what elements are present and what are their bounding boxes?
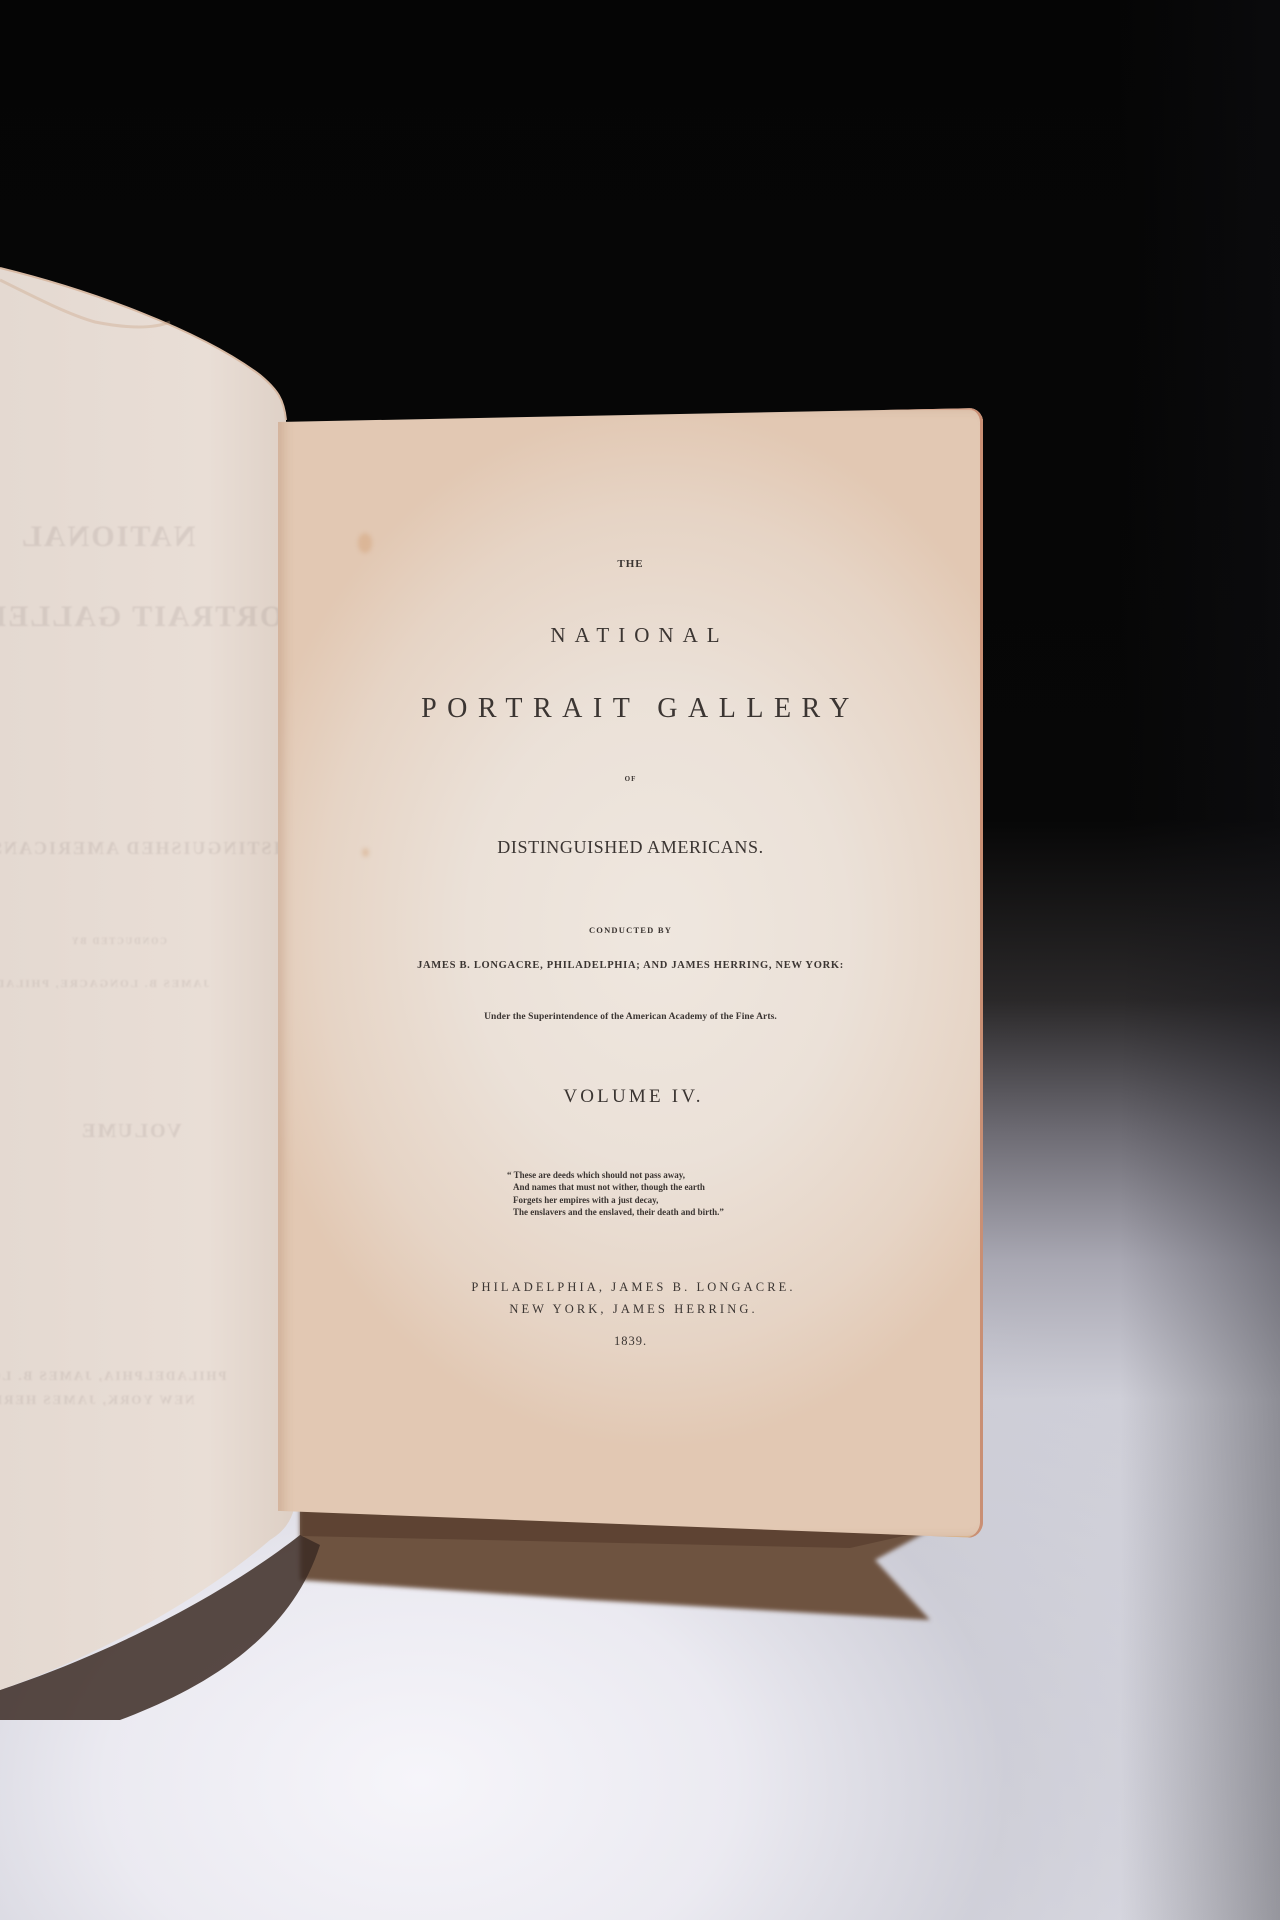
epigraph: “ These are deeds which should not pass … (507, 1169, 767, 1218)
conducted-by-label: CONDUCTED BY (278, 925, 983, 935)
epigraph-line: The enslavers and the enslaved, their de… (507, 1206, 767, 1218)
epigraph-line: Forgets her empires with a just decay, (507, 1194, 767, 1206)
imprint-year: 1839. (278, 1334, 983, 1349)
title-page: THE NATIONAL PORTRAIT GALLERY OF DISTING… (278, 408, 983, 1538)
volume-label: VOLUME IV. (278, 1086, 986, 1108)
title-portrait-gallery: PORTRAIT GALLERY (278, 693, 993, 725)
show-through-text: DISTINGUISHED AMERICANS (0, 838, 296, 859)
conductors-line: JAMES B. LONGACRE, PHILADELPHIA; AND JAM… (278, 960, 983, 971)
show-through-text: PORTRAIT GALLERY (0, 600, 304, 634)
background-vignette (1120, 0, 1280, 1920)
title-national: NATIONAL (278, 623, 992, 648)
title-distinguished-americans: DISTINGUISHED AMERICANS. (278, 837, 983, 858)
left-page-shape (0, 0, 320, 1720)
show-through-text: NATIONAL (20, 520, 195, 554)
show-through-text: NEW YORK, JAMES HERRING (0, 1392, 195, 1408)
imprint-philadelphia: PHILADELPHIA, JAMES B. LONGACRE. (278, 1280, 986, 1295)
epigraph-line: And names that must not wither, though t… (507, 1181, 767, 1193)
show-through-text: VOLUME (80, 1120, 182, 1143)
title-the: THE (278, 558, 983, 570)
imprint-new-york: NEW YORK, JAMES HERRING. (278, 1302, 986, 1317)
foxing-spot (358, 533, 372, 553)
left-page: NATIONAL PORTRAIT GALLERY DISTINGUISHED … (0, 0, 320, 1720)
superintendence-line: Under the Superintendence of the America… (278, 1012, 983, 1022)
epigraph-line: “ These are deeds which should not pass … (507, 1169, 767, 1181)
show-through-text: PHILADELPHIA, JAMES B. LONGACRE (0, 1368, 227, 1384)
show-through-text: CONDUCTED BY (70, 936, 167, 946)
show-through-text: JAMES B. LONGACRE, PHILADELPHIA (0, 978, 209, 990)
title-of: OF (278, 775, 983, 783)
